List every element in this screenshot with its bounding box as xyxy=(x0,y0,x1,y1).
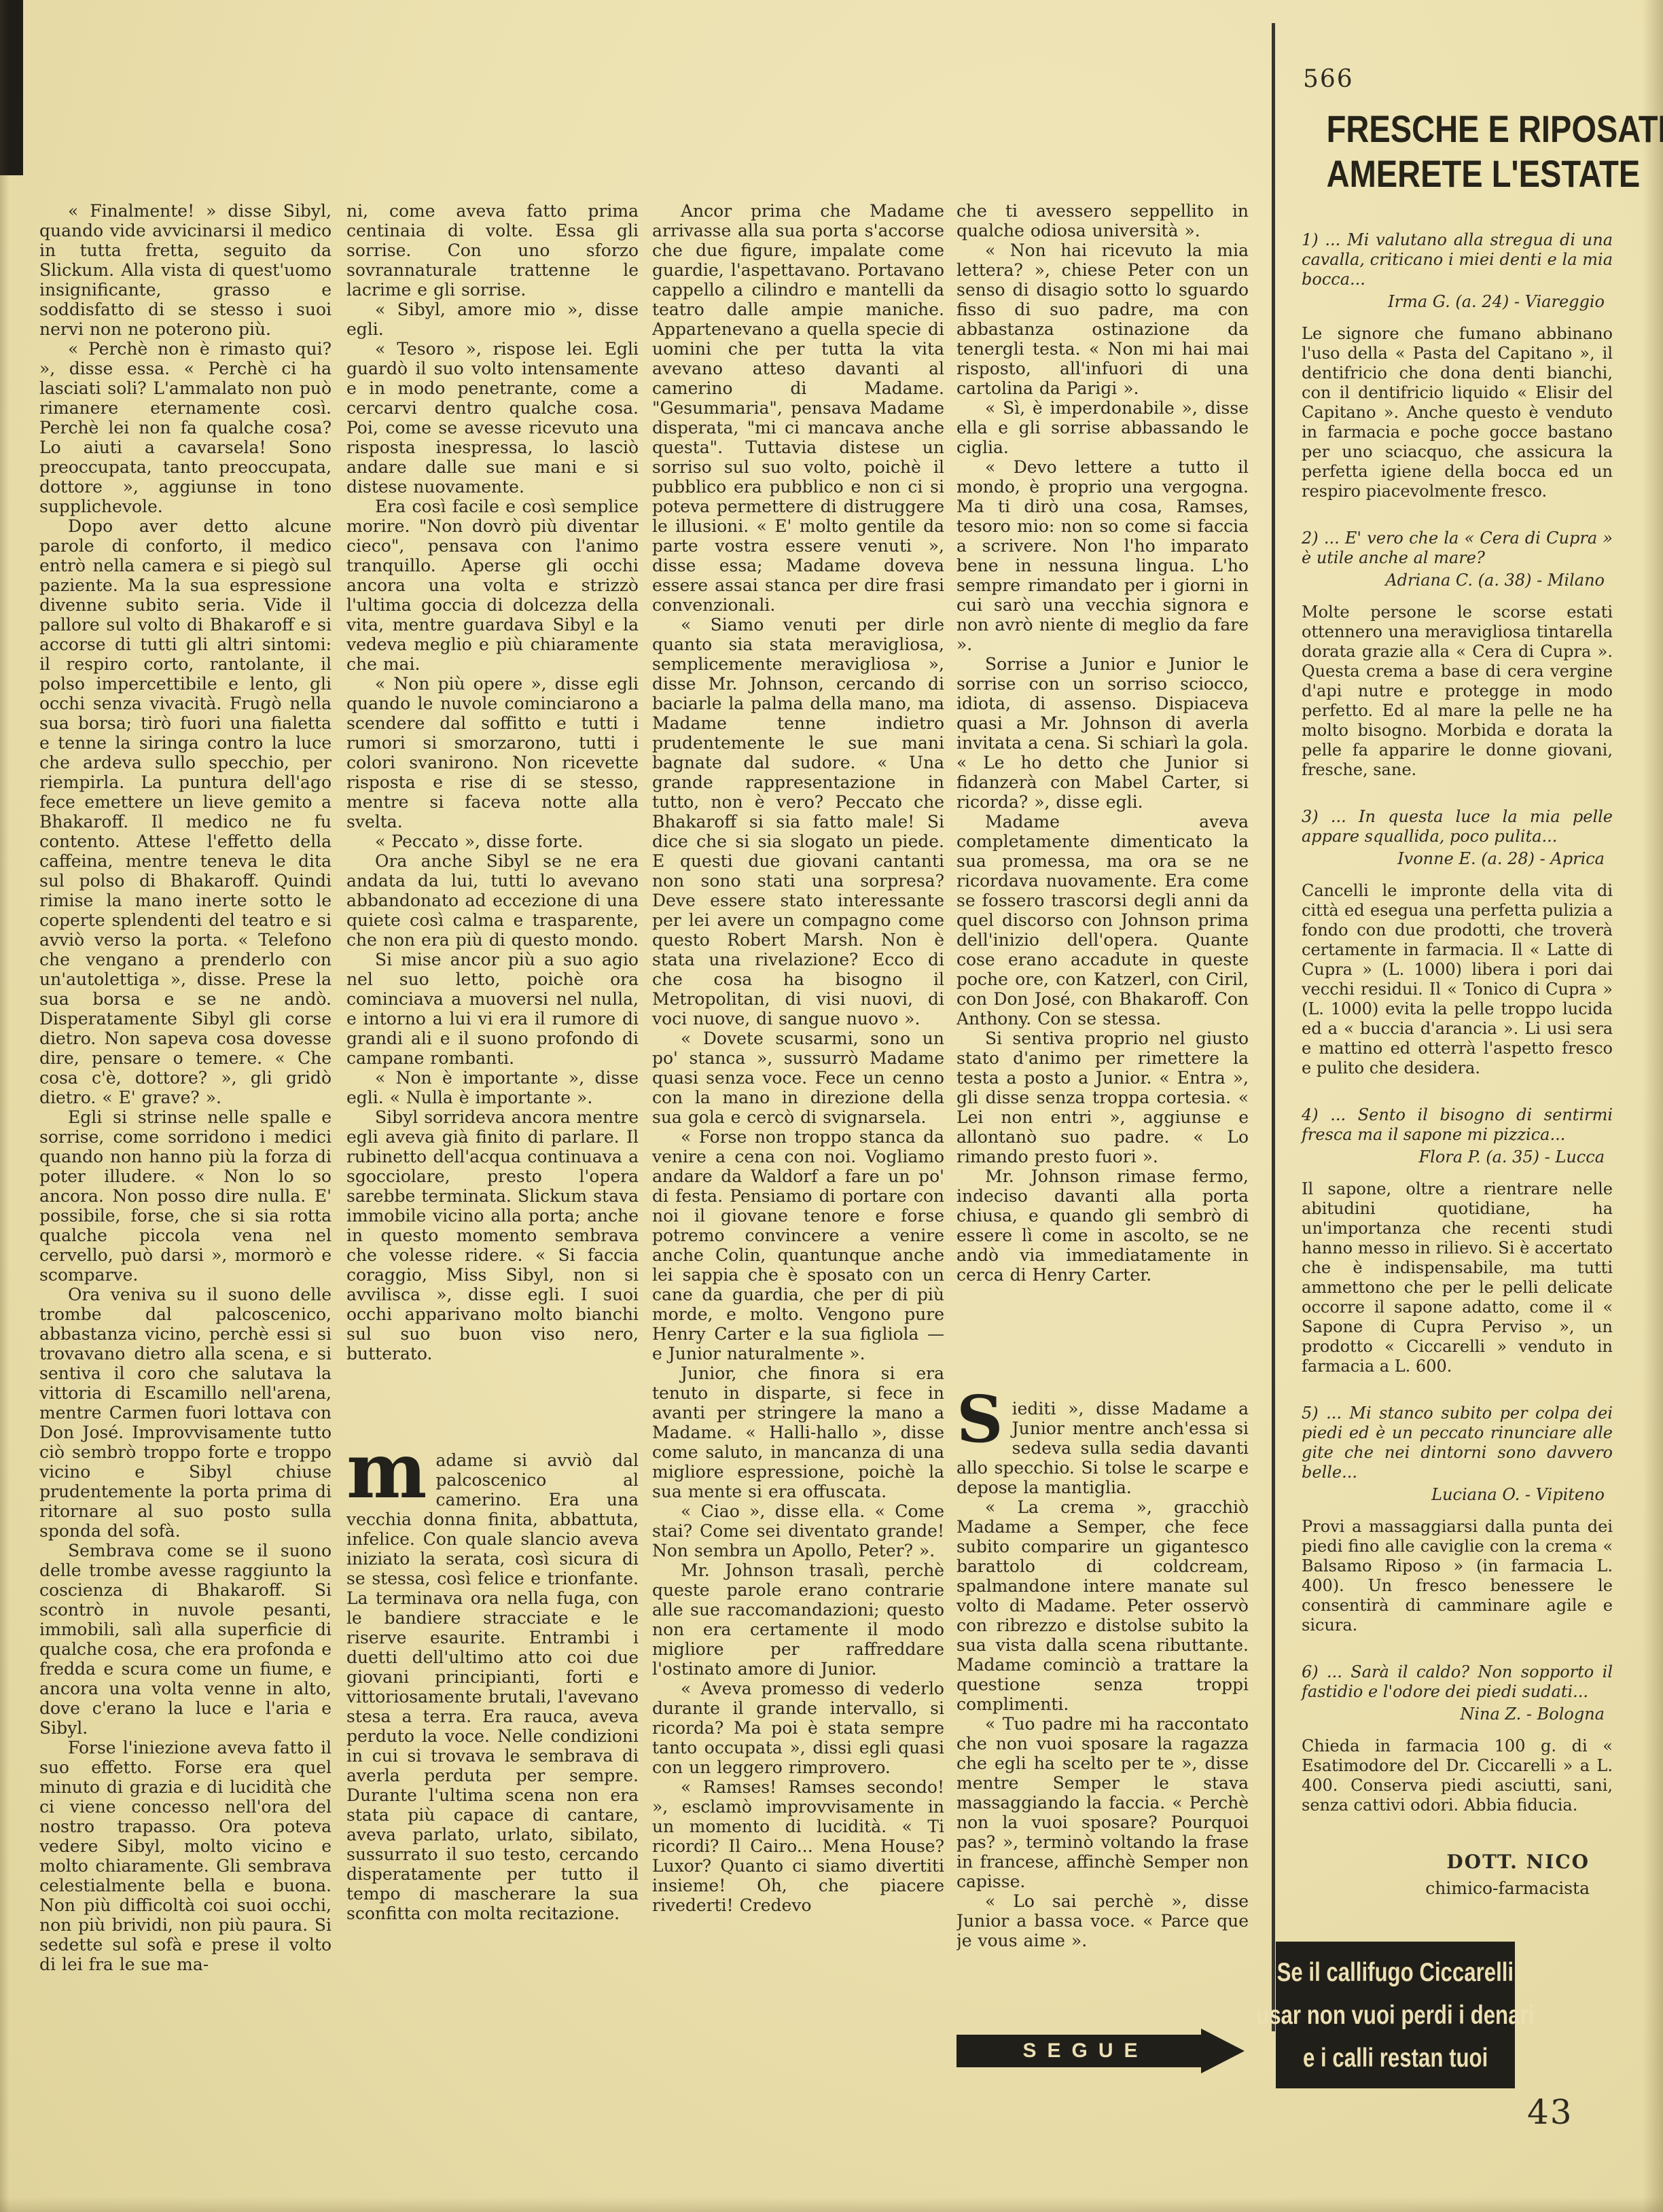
reference-page-number: 566 xyxy=(1303,65,1613,93)
story-paragraph: Madame aveva completamente dimenticato l… xyxy=(956,812,1249,1029)
advice-items: 1) ... Mi valutano alla stregua di una c… xyxy=(1302,230,1613,1815)
drop-cap: S xyxy=(956,1400,1003,1440)
magazine-page: « Finalmente! » disse Sibyl, quando vide… xyxy=(0,0,1663,2212)
story-paragraph: Ancor prima che Madame arrivasse alla su… xyxy=(652,201,944,615)
advice-item: 3) ... In questa luce la mia pelle appar… xyxy=(1302,807,1613,1078)
drop-cap: m xyxy=(346,1452,427,1491)
ad-line-3: e i calli restan tuoi xyxy=(1303,2037,1488,2080)
story-paragraph: « Tuo padre mi ha raccontato che non vuo… xyxy=(956,1714,1249,1891)
story-paragraph: « Perchè non è rimasto qui? », disse ess… xyxy=(39,339,332,516)
story-paragraph: Dopo aver detto alcune parole di confort… xyxy=(39,516,332,1107)
reader-question: 4) ... Sento il bisogno di sentirmi fres… xyxy=(1302,1105,1613,1145)
story-paragraph: Ora anche Sibyl se ne era andata da lui,… xyxy=(346,851,639,950)
column-divider-rule xyxy=(1272,23,1275,2031)
expert-answer: Le signore che fumano abbinano l'uso del… xyxy=(1302,324,1613,501)
expert-answer: Cancelli le impronte della vita di città… xyxy=(1302,881,1613,1078)
story-paragraph: Junior, che finora si era tenuto in disp… xyxy=(652,1363,944,1501)
story-paragraph: « Aveva promesso di vederlo durante il g… xyxy=(652,1679,944,1777)
story-paragraph: « Non più opere », disse egli quando le … xyxy=(346,674,639,832)
story-paragraph: « Devo lettere a tutto il mondo, è propr… xyxy=(956,457,1249,654)
story-column-3: Ancor prima che Madame arrivasse alla su… xyxy=(652,201,944,2107)
story-paragraph: madame si avviò dal palcoscenico al came… xyxy=(346,1450,639,1923)
advice-headline-line2: AMERETE L'ESTATE xyxy=(1327,151,1588,196)
segue-arrow-head xyxy=(1201,2029,1245,2073)
story-paragraph: Siediti », disse Madame a Junior mentre … xyxy=(956,1399,1249,1497)
story-paragraph: « Non è importante », disse egli. « Null… xyxy=(346,1068,639,1107)
page-edge-shadow-left xyxy=(0,0,10,2212)
advice-item: 1) ... Mi valutano alla stregua di una c… xyxy=(1302,230,1613,501)
page-edge-shadow-right xyxy=(1643,0,1663,2212)
segue-arrow: SEGUE xyxy=(956,2029,1245,2073)
reader-question: 5) ... Mi stanco subito per colpa dei pi… xyxy=(1302,1404,1613,1482)
story-paragraph: « Non hai ricevuto la mia lettera? », ch… xyxy=(956,240,1249,398)
reader-signature: Nina Z. - Bologna xyxy=(1302,1705,1613,1724)
ad-line-1: Se il callifugo Ciccarelli xyxy=(1277,1951,1514,1994)
reader-question: 2) ... E' vero che la « Cera di Cupra » … xyxy=(1302,529,1613,568)
story-paragraph: Si sentiva proprio nel giusto stato d'an… xyxy=(956,1029,1249,1166)
advice-item: 4) ... Sento il bisogno di sentirmi fres… xyxy=(1302,1105,1613,1376)
reader-signature: Flora P. (a. 35) - Lucca xyxy=(1302,1147,1613,1167)
advice-headline: FRESCHE E RIPOSATEAMERETE L'ESTATE xyxy=(1302,107,1613,196)
story-paragraph: « Forse non troppo stanca da venire a ce… xyxy=(652,1127,944,1363)
reader-question: 6) ... Sarà il caldo? Non sopporto il fa… xyxy=(1302,1662,1613,1702)
story-paragraph: « Finalmente! » disse Sibyl, quando vide… xyxy=(39,201,332,339)
advice-item: 5) ... Mi stanco subito per colpa dei pi… xyxy=(1302,1404,1613,1635)
story-paragraph: ni, come aveva fatto prima centinaia di … xyxy=(346,201,639,300)
story-paragraph: « Dovete scusarmi, sono un po' stanca »,… xyxy=(652,1029,944,1127)
story-paragraph: « Lo sai perchè », disse Junior a bassa … xyxy=(956,1891,1249,1950)
story-paragraph: Mr. Johnson rimase fermo, indeciso davan… xyxy=(956,1166,1249,1285)
expert-answer: Chieda in farmacia 100 g. di « Esatimodo… xyxy=(1302,1736,1613,1815)
story-paragraph: Egli si strinse nelle spalle e sorrise, … xyxy=(39,1107,332,1285)
advice-signoff: DOTT. NICO chimico-farmacista xyxy=(1302,1851,1613,1898)
story-paragraph: « Tesoro », rispose lei. Egli guardò il … xyxy=(346,339,639,497)
story-paragraph: Sembrava come se il suono delle trombe a… xyxy=(39,1541,332,1738)
advice-item: 6) ... Sarà il caldo? Non sopporto il fa… xyxy=(1302,1662,1613,1815)
reader-signature: Irma G. (a. 24) - Viareggio xyxy=(1302,292,1613,312)
advice-headline-line1: FRESCHE E RIPOSATE xyxy=(1327,107,1588,151)
advice-column: 566 FRESCHE E RIPOSATEAMERETE L'ESTATE 1… xyxy=(1302,65,1613,1898)
story-paragraph: Mr. Johnson trasalì, perchè queste parol… xyxy=(652,1560,944,1679)
advice-item: 2) ... E' vero che la « Cera di Cupra » … xyxy=(1302,529,1613,780)
reader-signature: Adriana C. (a. 38) - Milano xyxy=(1302,571,1613,590)
expert-answer: Provi a massaggiarsi dalla punta dei pie… xyxy=(1302,1517,1613,1635)
story-paragraph: Era così facile e così semplice morire. … xyxy=(346,497,639,674)
story-paragraph: « Peccato », disse forte. xyxy=(346,832,639,851)
story-paragraph: Ora veniva su il suono delle trombe dal … xyxy=(39,1285,332,1541)
segue-label: SEGUE xyxy=(956,2035,1204,2067)
story-column-2: ni, come aveva fatto prima centinaia di … xyxy=(346,201,639,2107)
story-paragraph: « Sì, è imperdonabile », disse ella e gl… xyxy=(956,398,1249,457)
page-number: 43 xyxy=(1527,2092,1573,2132)
ciccarelli-ad: Se il callifugo Ciccarelli usar non vuoi… xyxy=(1276,1942,1515,2088)
story-paragraph: « La crema », gracchiò Madame a Semper, … xyxy=(956,1497,1249,1714)
ad-line-2: usar non vuoi perdi i denari xyxy=(1256,1994,1534,2037)
story-paragraph: « Siamo venuti per dirle quanto sia stat… xyxy=(652,615,944,1029)
story-paragraph: « Sibyl, amore mio », disse egli. xyxy=(346,300,639,339)
story-paragraph: Si mise ancor più a suo agio nel suo let… xyxy=(346,950,639,1068)
reader-question: 3) ... In questa luce la mia pelle appar… xyxy=(1302,807,1613,846)
story-paragraph: che ti avessero seppellito in qualche od… xyxy=(956,201,1249,240)
story-column-4: che ti avessero seppellito in qualche od… xyxy=(956,201,1249,2107)
signoff-name: DOTT. NICO xyxy=(1302,1851,1590,1873)
story-paragraph: Sibyl sorrideva ancora mentre egli aveva… xyxy=(346,1107,639,1363)
story-paragraph: « Ramses! Ramses secondo! », esclamò imp… xyxy=(652,1777,944,1915)
reader-signature: Luciana O. - Vipiteno xyxy=(1302,1485,1613,1505)
story-paragraph: Sorrise a Junior e Junior le sorrise con… xyxy=(956,654,1249,812)
reader-signature: Ivonne E. (a. 28) - Aprica xyxy=(1302,849,1613,869)
story-paragraph: « Ciao », disse ella. « Come stai? Come … xyxy=(652,1501,944,1560)
reader-question: 1) ... Mi valutano alla stregua di una c… xyxy=(1302,230,1613,289)
signoff-role: chimico-farmacista xyxy=(1302,1878,1590,1898)
expert-answer: Molte persone le scorse estati ottennero… xyxy=(1302,603,1613,780)
page-edge-shadow-bottom xyxy=(0,2197,1663,2212)
expert-answer: Il sapone, oltre a rientrare nelle abitu… xyxy=(1302,1179,1613,1376)
story-paragraph: Forse l'iniezione aveva fatto il suo eff… xyxy=(39,1738,332,1974)
story-column-1: « Finalmente! » disse Sibyl, quando vide… xyxy=(39,201,332,2107)
